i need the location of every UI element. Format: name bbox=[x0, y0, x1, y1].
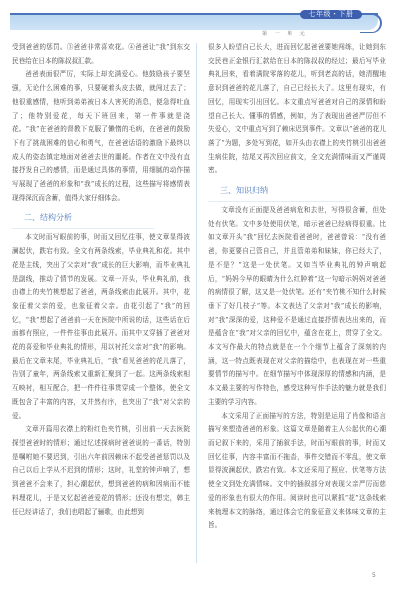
paragraph: 文章没有正面提及爸爸病危和去世，写得很含蓄，但处处有伏笔。文中多处使用伏笔，暗示… bbox=[208, 204, 386, 410]
header-curve-decoration bbox=[360, 13, 382, 33]
page-number: 5 bbox=[372, 572, 376, 579]
paragraph-continued: 受到爸爸的惩罚。③爸爸非常喜欢花。④爸爸让“我”到东交民巷给在日本的陈叔叔汇款。 bbox=[12, 41, 190, 68]
right-column: 很多人盼望自己长大，进而回忆起爸爸要她闯练，让她到东交民巷正金银行汇款给在日本的… bbox=[208, 41, 386, 533]
unit-label: 第 一 单 元 bbox=[262, 30, 308, 37]
paragraph: 爸爸表面很严厉，实际上却充满爱心。他鼓励孩子要坚强，无论什么困难的事，只要硬着头… bbox=[12, 68, 190, 205]
paragraph-continued: 很多人盼望自己长大，进而回忆起爸爸要她闯练，让她到东交民巷正金银行汇款给在日本的… bbox=[208, 41, 386, 178]
column-divider bbox=[196, 43, 197, 563]
paragraph: 文章开篇用衣襟上的粉红色夹竹桃，引出前一天去医院探望爸爸时的情形；通过忆述探病时… bbox=[12, 423, 190, 519]
section-title-structure-analysis: 二、结构分析 bbox=[12, 208, 154, 229]
left-column: 受到爸爸的惩罚。③爸爸非常喜欢花。④爸爸让“我”到东交民巷给在日本的陈叔叔汇款。… bbox=[12, 41, 190, 519]
paragraph: 本文采用了正面描写的方法，特别是运用了肖像和语言描写来塑造爸爸的形象。这篇文章是… bbox=[208, 410, 386, 533]
section-title-knowledge-summary: 三、知识归纳 bbox=[208, 181, 350, 202]
header-dot-decoration bbox=[291, 13, 295, 15]
paragraph: 本文时而写眼前的事，时而又回忆往事，使文章显得波澜起伏，跌宕有致。全文有两条线索… bbox=[12, 231, 190, 423]
grade-badge: 七年级・下册 bbox=[300, 10, 362, 19]
